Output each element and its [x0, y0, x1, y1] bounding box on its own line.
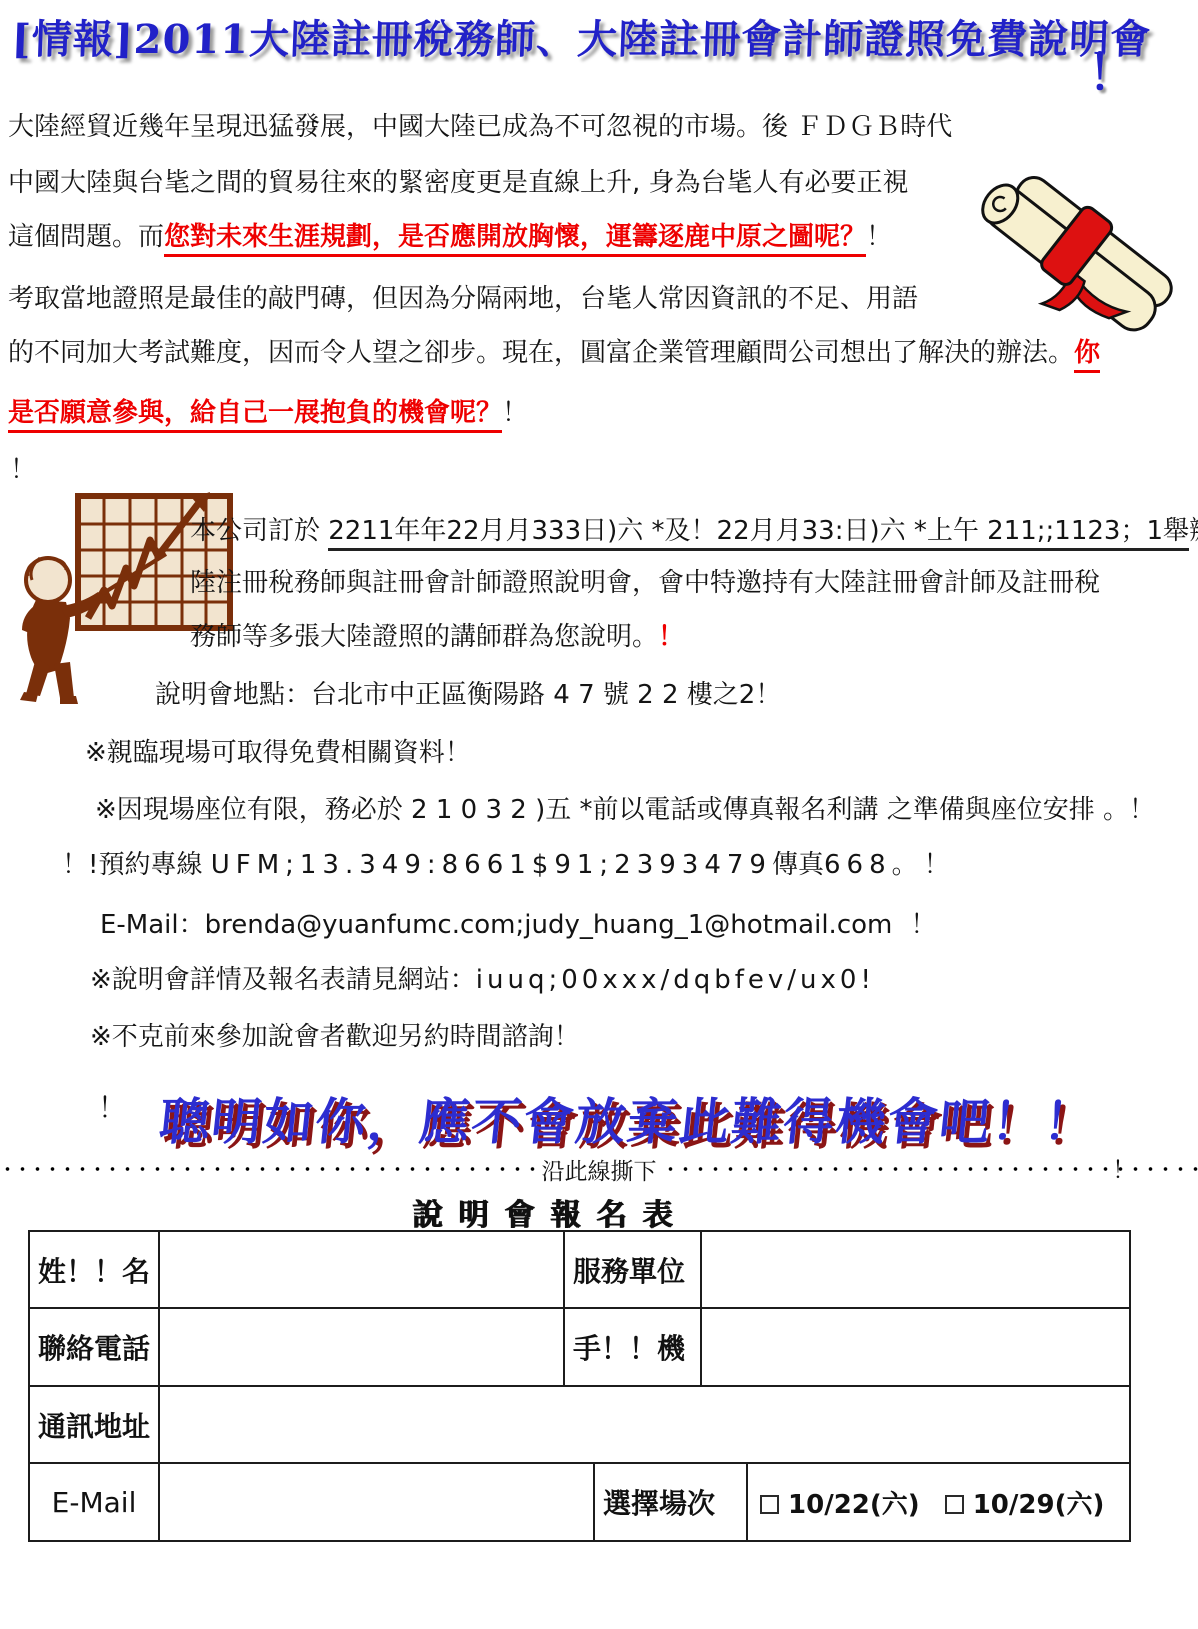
address-label-cell: 通訊地址 [29, 1386, 159, 1463]
seminar-date-underlined: 2211年年22月月333日)六 *及！22月月33:日)六 *上午 211;;… [328, 516, 1189, 551]
tear-dots-left [0, 1167, 536, 1171]
slogan-text: 聰明如你，應不會放棄此難得機會吧！！ [156, 1082, 1100, 1154]
unit-label-cell: 服務單位 [564, 1231, 701, 1308]
website-label: ※說明會詳情及報名表請見網站： [90, 965, 476, 995]
seminar-line-3-red-bang: ！ [658, 622, 684, 652]
phone-bang: ！! [62, 850, 98, 880]
intro-line-3: 這個問題。而您對未來生涯規劃，是否應開放胸懷，運籌逐鹿中原之圖呢？！ [8, 222, 892, 252]
name-label-cell: 姓！！名 [29, 1231, 159, 1308]
page-title: [情報]2011大陸註冊稅務師、大陸註冊會計師證照免費說明會 [11, 8, 1093, 65]
flyer-page: [情報]2011大陸註冊稅務師、大陸註冊會計師證照免費說明會 ！ 大陸經貿近幾年… [0, 0, 1198, 1629]
session-option-2: 10/29(六) [973, 1490, 1105, 1520]
intro-line-3-bang: ！ [866, 222, 892, 252]
seminar-line-1-prefix: 本公司訂於 [190, 516, 328, 546]
fax-number: 668。 [824, 850, 924, 880]
intro-line-3-red-highlight: 您對未來生涯規劃，是否應開放胸懷，運籌逐鹿中原之圖呢？ [164, 222, 866, 257]
intro-line-7: ！ [10, 455, 36, 485]
diploma-scroll-icon [948, 148, 1194, 368]
unit-input-cell [701, 1231, 1130, 1308]
email-line: E-Mail：brenda@yuanfumc.com;judy_huang_1@… [100, 910, 936, 940]
registration-form-table: 姓！！名 服務單位 聯絡電話 手！！機 通訊地址 E-Mail 選擇場次 10/… [28, 1230, 1131, 1542]
session-label-cell: 選擇場次 [594, 1463, 747, 1541]
email-label-cell: E-Mail [29, 1463, 159, 1541]
intro-line-6-red-highlight: 是否願意參與，給自己一展抱負的機會呢？ [8, 398, 502, 433]
table-row: 聯絡電話 手！！機 [29, 1308, 1130, 1386]
phone-line: ！!預約專線 UFM;13.349:8661$91;2393479傳真668。！ [62, 850, 950, 880]
intro-line-5: 的不同加大考試難度，因而令人望之卻步。現在，圓富企業管理顧問公司想出了解決的辦法… [8, 338, 1100, 368]
email-input-cell [159, 1463, 594, 1541]
intro-line-6-bang: ！ [502, 398, 528, 428]
intro-line-5-plain: 的不同加大考試難度，因而令人望之卻步。現在，圓富企業管理顧問公司想出了解決的辦法… [8, 338, 1074, 368]
email-end-bang: ！ [910, 910, 936, 940]
email-colon: ： [179, 910, 205, 940]
email-addresses: brenda@yuanfumc.com;judy_huang_1@hotmail… [205, 910, 893, 940]
phone-number: UFM;13.349:8661$91;2393479 [211, 850, 772, 880]
session-options-cell: 10/22(六) 10/29(六) [747, 1463, 1130, 1541]
seminar-line-1: 本公司訂於 2211年年22月月333日)六 *及！22月月33:日)六 *上午… [190, 516, 1198, 546]
seminar-line-2: 陸注冊稅務師與註冊會計師證照說明會，會中特邀持有大陸註冊會計師及註冊稅 [190, 568, 1100, 598]
note-consultation: ※不克前來參加說會者歡迎另約時間諮詢！ [90, 1022, 580, 1052]
intro-line-4: 考取當地證照是最佳的敲門磚，但因為分隔兩地，台毞人常因資訊的不足、用語 [8, 284, 918, 314]
intro-line-5-red-highlight: 你 [1074, 338, 1100, 373]
table-row: 通訊地址 [29, 1386, 1130, 1463]
phone-end-bang: ！ [924, 850, 950, 880]
seminar-line-3-text: 務師等多張大陸證照的講師群為您說明。 [190, 622, 658, 652]
phone-label: 預約專線 [98, 850, 210, 880]
website-line: ※說明會詳情及報名表請見網站：iuuq;00xxx/dqbfev/ux0! [90, 965, 875, 995]
intro-line-2: 中國大陸與台毞之間的貿易往來的緊密度更是直線上升, 身為台毞人有必要正視 [8, 168, 909, 198]
address-input-cell [159, 1386, 1130, 1463]
phone-fax-label: 傳真 [772, 850, 824, 880]
tear-line: 沿此線撕下 ！ [0, 1158, 1198, 1180]
mobile-input-cell [701, 1308, 1130, 1386]
note-limited-seats: ※因現場座位有限，務必於 2 1 0 3 2 )五 *前以電話或傳真報名利講 之… [95, 795, 1155, 825]
seminar-location: 說明會地點：台北市中正區衡陽路 4 7 號 2 2 樓之2！ [155, 680, 781, 710]
phone-input-cell [159, 1308, 564, 1386]
email-label: E-Mail [100, 910, 179, 940]
intro-line-1: 大陸經貿近幾年呈現迅猛發展，中國大陸已成為不可忽視的市場。後 ＦＤＧＢ時代 [8, 112, 952, 142]
tear-label: 沿此線撕下 [536, 1153, 663, 1186]
name-input-cell [159, 1231, 564, 1308]
table-row: 姓！！名 服務單位 [29, 1231, 1130, 1308]
session-checkbox-1[interactable] [760, 1495, 779, 1514]
intro-line-6: 是否願意參與，給自己一展抱負的機會呢？！ [8, 398, 528, 428]
session-checkbox-2[interactable] [945, 1495, 964, 1514]
note-free-materials: ※親臨現場可取得免費相關資料！ [85, 738, 471, 768]
tear-bang: ！ [1112, 1150, 1136, 1185]
slogan-small-bang: ！ [98, 1086, 126, 1126]
website-url: iuuq;00xxx/dqbfev/ux0! [476, 965, 875, 995]
phone-label-cell: 聯絡電話 [29, 1308, 159, 1386]
table-row: E-Mail 選擇場次 10/22(六) 10/29(六) [29, 1463, 1130, 1541]
mobile-label-cell: 手！！機 [564, 1308, 701, 1386]
seminar-line-1-suffix: 辦大 [1189, 516, 1198, 546]
form-title: 說明會報名表 [0, 1190, 1100, 1234]
seminar-line-3: 務師等多張大陸證照的講師群為您說明。！ [190, 622, 684, 652]
title-exclamation: ！ [1088, 34, 1136, 103]
intro-line-3-plain: 這個問題。而 [8, 222, 164, 252]
session-option-1: 10/22(六) [788, 1490, 920, 1520]
